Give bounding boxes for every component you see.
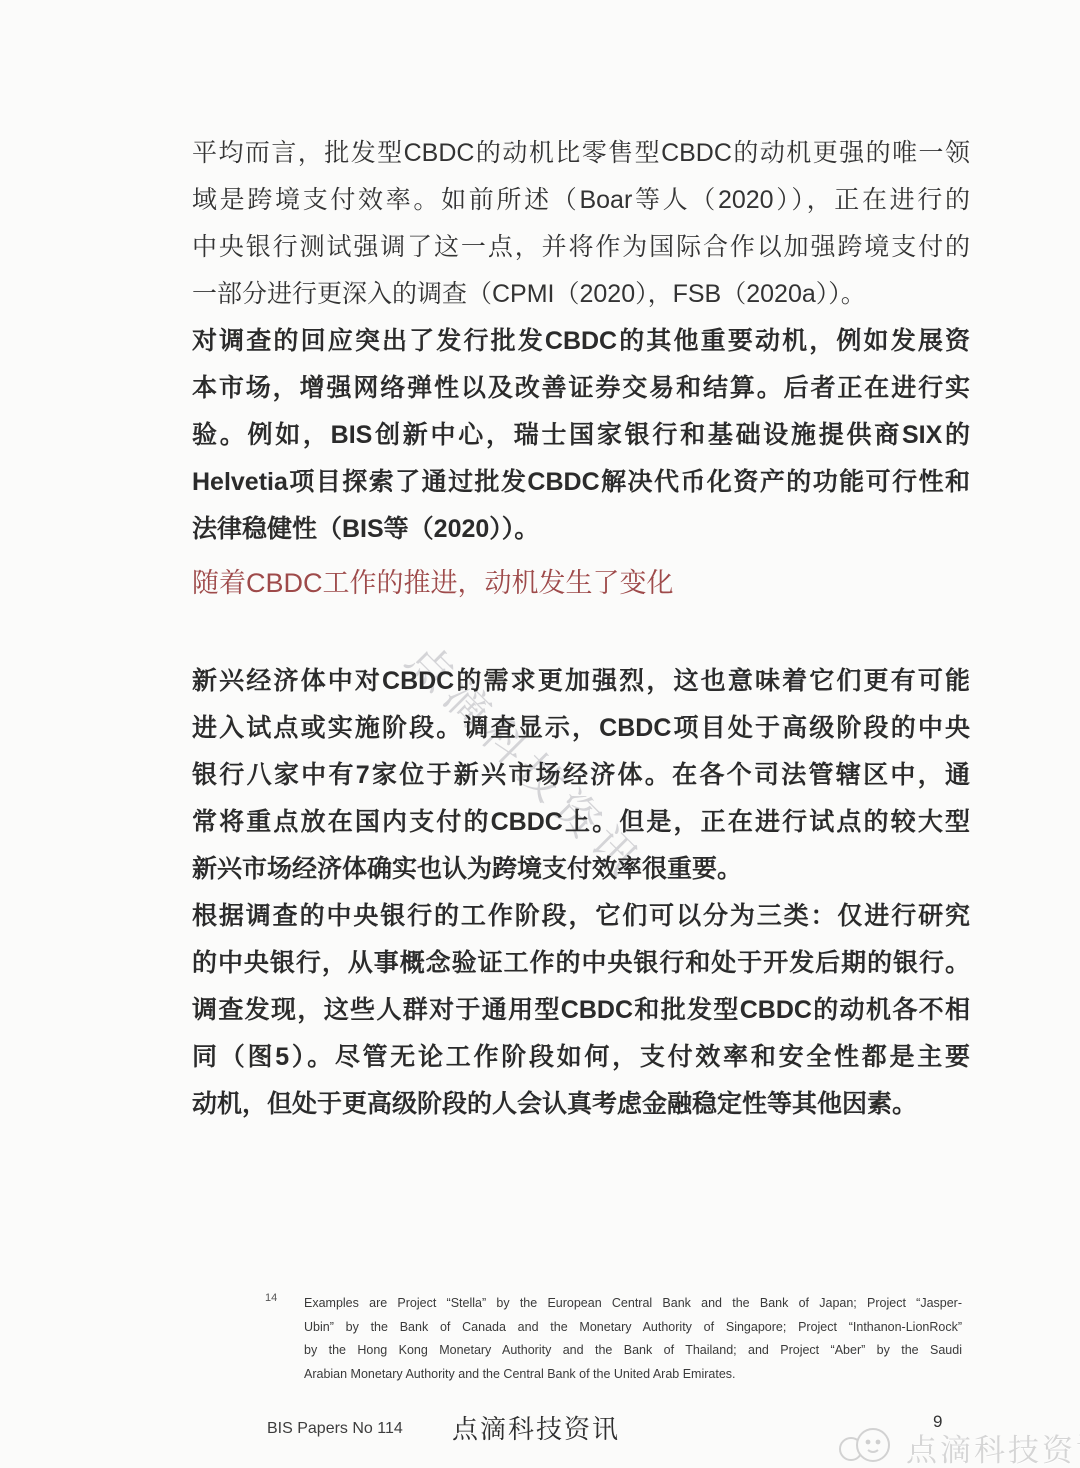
text-line: Helvetia项目探索了通过批发CBDC解决代币化资产的功能可行性和 [192,459,970,506]
page-number: 9 [933,1412,942,1432]
text-line: 新兴市场经济体确实也认为跨境支付效率很重要。 [192,846,970,893]
document-page: 点滴科技资讯 平均而言，批发型CBDC的动机比零售型CBDC的动机更强的唯一领域… [0,0,1080,1468]
text-line: 域是跨境支付效率。如前所述（Boar等人（2020）），正在进行的 [192,177,970,224]
text-line: 对调查的回应突出了发行批发CBDC的其他重要动机，例如发展资 [192,318,970,365]
footnote: 14 Examples are Project “Stella” by the … [265,1292,962,1386]
main-text: 平均而言，批发型CBDC的动机比零售型CBDC的动机更强的唯一领域是跨境支付效率… [192,130,970,1128]
text-line: 调查发现，这些人群对于通用型CBDC和批发型CBDC的动机各不相 [192,987,970,1034]
footnote-line: Arabian Monetary Authority and the Centr… [304,1363,962,1387]
text-line: 新兴经济体中对CBDC的需求更加强烈，这也意味着它们更有可能 [192,658,970,705]
paragraph: 新兴经济体中对CBDC的需求更加强烈，这也意味着它们更有可能进入试点或实施阶段。… [192,658,970,893]
footnote-line: Ubin” by the Bank of Canada and the Mone… [304,1316,962,1340]
text-line: 的中央银行，从事概念验证工作的中央银行和处于开发后期的银行。 [192,940,970,987]
text-line: 本市场，增强网络弹性以及改善证券交易和结算。后者正在进行实 [192,365,970,412]
section-heading: 随着CBDC工作的推进，动机发生了变化 [192,560,970,607]
footnote-line: by the Hong Kong Monetary Authority and … [304,1339,962,1363]
text-line: 进入试点或实施阶段。调查显示，CBDC项目处于高级阶段的中央 [192,705,970,752]
corner-watermark: 点滴科技资讯 [838,1422,1080,1468]
footnote-line: Examples are Project “Stella” by the Eur… [304,1292,962,1316]
text-line: 银行八家中有7家位于新兴市场经济体。在各个司法管辖区中，通 [192,752,970,799]
paragraph: 根据调查的中央银行的工作阶段，它们可以分为三类：仅进行研究的中央银行，从事概念验… [192,893,970,1128]
text-line: 同（图5）。尽管无论工作阶段如何，支付效率和安全性都是主要 [192,1034,970,1081]
footer-doc-title: BIS Papers No 114 [267,1420,403,1438]
footnote-marker: 14 [265,1292,277,1304]
text-line: 中央银行测试强调了这一点，并将作为国际合作以加强跨境支付的 [192,224,970,271]
paragraph: 对调查的回应突出了发行批发CBDC的其他重要动机，例如发展资本市场，增强网络弹性… [192,318,970,553]
text-line: 验。例如，BIS创新中心，瑞士国家银行和基础设施提供商SIX的 [192,412,970,459]
text-line: 随着CBDC工作的推进，动机发生了变化 [192,560,970,607]
text-line: 法律稳健性（BIS等（2020））。 [192,506,970,553]
text-line: 常将重点放在国内支付的CBDC上。但是，正在进行试点的较大型 [192,799,970,846]
text-line: 一部分进行更深入的调查（CPMI（2020），FSB（2020a））。 [192,271,970,318]
diandi-logo-icon [838,1422,900,1468]
text-line: 动机，但处于更高级阶段的人会认真考虑金融稳定性等其他因素。 [192,1081,970,1128]
footnote-text: Examples are Project “Stella” by the Eur… [304,1292,962,1386]
paragraph: 平均而言，批发型CBDC的动机比零售型CBDC的动机更强的唯一领域是跨境支付效率… [192,130,970,318]
text-line: 根据调查的中央银行的工作阶段，它们可以分为三类：仅进行研究 [192,893,970,940]
text-line: 平均而言，批发型CBDC的动机比零售型CBDC的动机更强的唯一领 [192,130,970,177]
footer-brand: 点滴科技资讯 [452,1409,620,1446]
